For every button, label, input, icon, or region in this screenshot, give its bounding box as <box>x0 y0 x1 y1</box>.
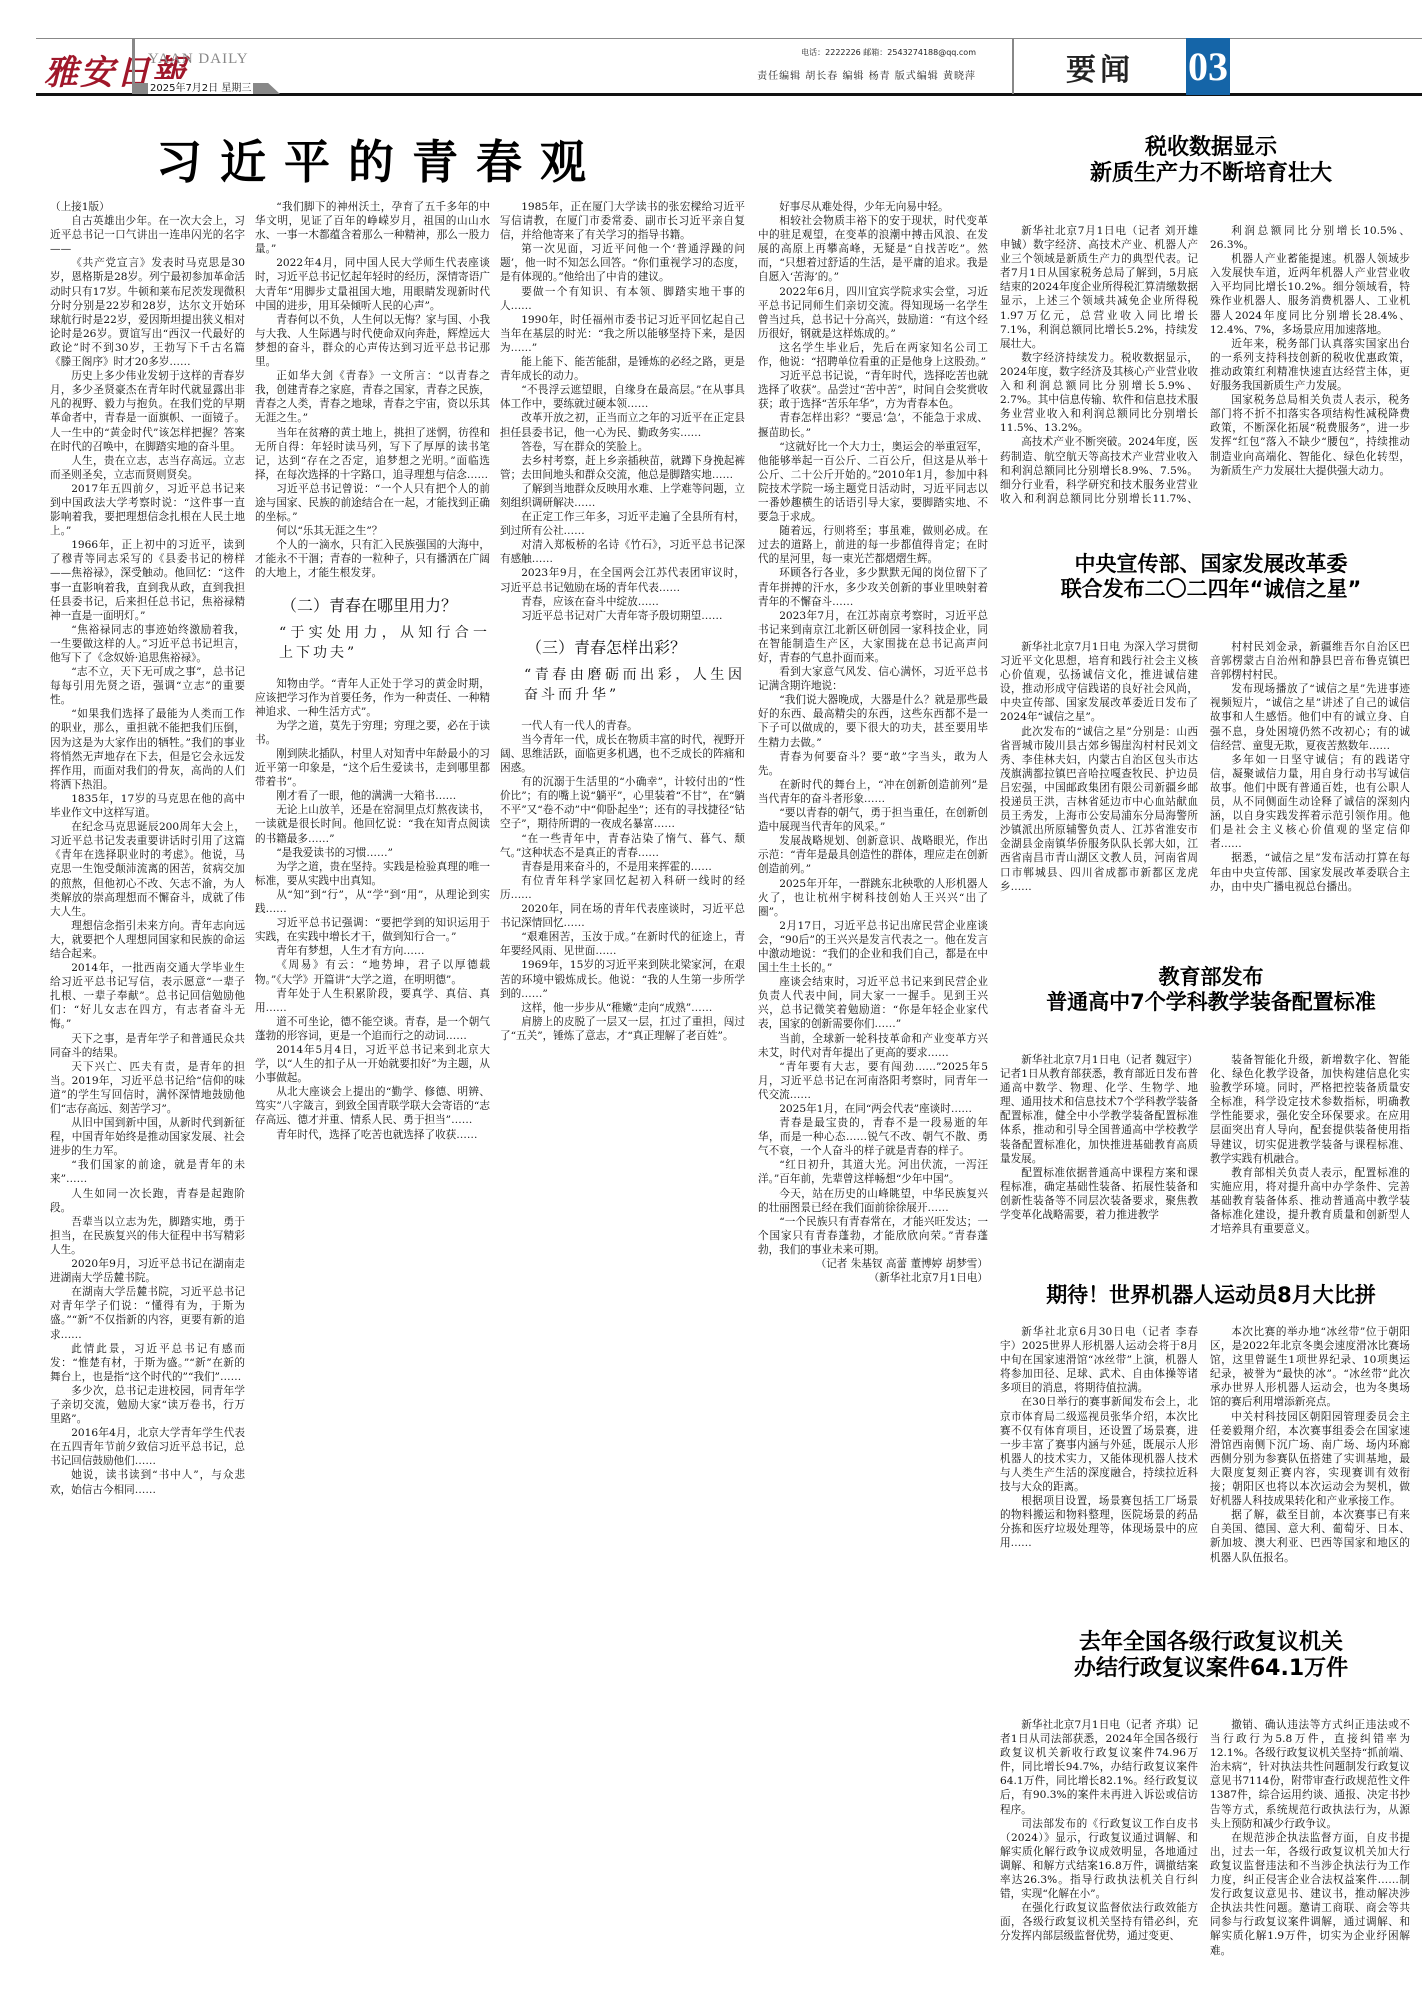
paragraph: 一代人有一代人的青春。 <box>500 719 745 733</box>
paragraph: “我们说大器晚成，大器是什么？就是那些最好的东西、最高精尖的东西，这些东西都不是… <box>758 693 988 749</box>
paragraph: 机器人产业蓄能提速。机器人领域步入发展快车道，近两年机器人产业营业收入平均同比增… <box>1210 252 1410 337</box>
paragraph: 正如华大剑《青春》一文所言：“以青春之我，创建青春之家庭，青春之国家，青春之民族… <box>255 369 490 425</box>
subheading-2: （二）青春在哪里用力？ <box>255 595 490 617</box>
paragraph: 天下之事，是青年学子和普通民众共同奋斗的结果。 <box>50 1032 245 1060</box>
admin-review-article-headline: 去年全国各级行政复议机关 办结行政复议案件64.1万件 <box>1000 1630 1422 1683</box>
paragraph: 能上能下、能苦能甜，是锤炼的必经之路，更是青年成长的动力。 <box>500 355 745 383</box>
paragraph: 这样，他一步步从“稚嫩”走向“成熟”…… <box>500 1001 745 1015</box>
paragraph: “在一些青年中，青春沾染了惰气、暮气、颓气。”这种状态不是真正的青春…… <box>500 832 745 860</box>
page-number: 03 <box>1186 38 1230 95</box>
paragraph: 2017年五四前夕，习近平总书记来到中国政法大学考察时说：“这件事一直影响着我，… <box>50 482 245 538</box>
robots-article-column-1: 新华社北京6月30日电（记者 李春宇）2025世界人形机器人运动会将于8月中旬在… <box>1000 1325 1198 1623</box>
paragraph: 据悉，“诚信之星”发布活动打算在每年由中央宣传部、国家发展改革委联合主办，由中央… <box>1210 851 1410 893</box>
paragraph: 随着远，行则将至；事虽难，做则必成。在过去的道路上，前进的每一步都值得肯定；在时… <box>758 524 988 566</box>
paragraph: 为学之道，莫先于穷理；穷理之要，必在于读书。 <box>255 719 490 747</box>
paragraphs: “我们脚下的神州沃土，孕育了五千多年的中华文明，见证了百年的峥嵘岁月，祖国的山山… <box>255 200 490 581</box>
paragraph: 何以“乐其无涯之生”？ <box>255 524 490 538</box>
paragraph: 1990年，时任福州市委书记习近平回忆起自己当年在基层的时光：“我之所以能够坚持… <box>500 313 745 355</box>
paragraph: 当前，全球新一轮科技革命和产业变革方兴未艾，时代对青年提出了更高的要求…… <box>758 1032 988 1060</box>
paragraph: 新华社北京7月1日电 为深入学习贯彻习近平文化思想，培育和践行社会主义核心价值观… <box>1000 640 1198 725</box>
paragraph: 教育部相关负责人表示，配置标准的实施应用，将对提升高中办学条件、完善基础教育装备… <box>1210 1166 1410 1236</box>
main-article-column-1: （上接1版） 自古英雄出少年。在一次大会上，习近平总书记一口气讲出一连串闪光的名… <box>50 200 245 1990</box>
tax-article-headline: 税收数据显示 新质生产力不断培育壮大 <box>1000 135 1422 188</box>
paragraph: 在湖南大学岳麓书院，习近平总书记对青年学子们说：“懂得有为，于斯为盛。”“新”不… <box>50 1285 245 1341</box>
paragraph: 青春何以不负，人生何以无悔？家与国、小我与大我、人生际遇与时代使命双向奔赴，辉煌… <box>255 313 490 369</box>
paragraph: 为学之道，贵在坚持。实践是检验真理的唯一标准，要从实践中出真知。 <box>255 860 490 888</box>
paragraph: 中关村科技园区朝阳园管理委员会主任姜毅翔介绍，本次赛事组委会在国家速滑馆西南侧下… <box>1210 1410 1410 1509</box>
paragraph: 人生如同一次长跑，青春是起跑阶段。 <box>50 1187 245 1215</box>
paragraph: 这名学生毕业后，先后在两家知名公司工作，他说：“招聘单位看重的正是他身上这股劲。… <box>758 341 988 369</box>
paragraph: 配置标准依据普通高中课程方案和课程标准，确定基础性装备、拓展性装备和创新性装备等… <box>1000 1166 1198 1222</box>
paragraphs: 1985年，正在厦门大学读书的张宏樑给习近平写信请教，在厦门市委常委、副市长习近… <box>500 200 745 623</box>
paragraphs: 一代人有一代人的青春。当今青年一代，成长在物质丰富的时代，视野开阔、思维活跃，面… <box>500 719 745 1043</box>
education-article-column-1: 新华社北京7月1日电（记者 魏冠宇）记者1日从教育部获悉，教育部近日发布普通高中… <box>1000 1053 1198 1258</box>
main-article-column-2: “我们脚下的神州沃土，孕育了五千多年的中华文明，见证了百年的峥嵘岁月，祖国的山山… <box>255 200 490 1990</box>
paragraph: “是我爱读书的习惯……” <box>255 846 490 860</box>
paragraphs: 知物由学。“青年人正处于学习的黄金时期，应该把学习作为首要任务，作为一种责任、一… <box>255 677 490 1142</box>
paragraph: 相较社会物质丰裕下的安于现状，时代变革中的驻足观望，在变革的浪潮中搏击风浪、在发… <box>758 214 988 284</box>
subheading-3: （三）青春怎样出彩？ <box>500 637 745 659</box>
paragraph: 当今青年一代，成长在物质丰富的时代，视野开阔、思维活跃，面临更多机遇，也不乏成长… <box>500 733 745 775</box>
byline: （记者 朱基钗 高蕾 董博婷 胡梦雪） <box>758 1257 988 1271</box>
subheading-3-quote: “青春由磨砺而出彩，人生因奋斗而升华” <box>500 665 745 705</box>
subheading-2-quote: “于实处用力，从知行合一上下功夫” <box>255 623 490 663</box>
paragraph: 青春怎样出彩？“要忌‘急’，不能急于求成、揠苗助长。” <box>758 411 988 439</box>
paragraph: 2025年开年，一群跳东北秧歌的人形机器人火了，也让杭州宇树科技创始人王兴兴“出… <box>758 877 988 919</box>
paragraph: 2014年，一批西南交通大学毕业生给习近平总书记写信，表示愿意“一辈子扎根、一辈… <box>50 961 245 1031</box>
paragraph: “这就好比一个大力士，奥运会的举重冠军，他能够举起一百公斤、二百公斤，但这是从举… <box>758 440 988 525</box>
paragraph: “不畏浮云遮望眼，自缘身在最高层。”在从事具体工作中，要练就过硬本领…… <box>500 383 745 411</box>
main-article-column-3: 1985年，正在厦门大学读书的张宏樑给习近平写信请教，在厦门市委常委、副市长习近… <box>500 200 745 1990</box>
paragraphs: 好事尽从难处得，少年无向易中轻。相较社会物质丰裕下的安于现状，时代变革中的驻足观… <box>758 200 988 1257</box>
paragraph: 自古英雄出少年。在一次大会上，习近平总书记一口气讲出一连串闪光的名字—— <box>50 214 245 256</box>
paragraph: “焦裕禄同志的事迹始终激励着我，一生要做这样的人。”习近平总书记坦言，他写下了《… <box>50 623 245 665</box>
masthead: 雅安日報 YAAN DAILY 2025年7月2日 星期三 电话：2222226… <box>36 38 1422 96</box>
paragraph: 2025年1月，在同“两会代表”座谈时…… <box>758 1102 988 1116</box>
paragraph: 2014年5月4日，习近平总书记来到北京大学，以“人生的扣子从一开始就要扣好”为… <box>255 1043 490 1085</box>
tax-article-column-1: 新华社北京7月1日电（记者 刘开雄 申铖）数字经济、高技术产业、机器人产业三个领… <box>1000 224 1198 504</box>
paragraph: 2016年4月，北京大学青年学生代表在五四青年节前夕致信习近平总书记，总书记回信… <box>50 1426 245 1468</box>
paragraph: 1835年，17岁的马克思在他的高中毕业作文中这样写道。 <box>50 792 245 820</box>
paragraph: 《周易》有云：“地势坤，君子以厚德载物。”《大学》开篇讲“大学之道，在明明德”。 <box>255 958 490 986</box>
continued-note: （上接1版） <box>50 200 245 214</box>
paragraph: “如果我们选择了最能为人类而工作的职业，那么，重担就不能把我们压倒，因为这是为大… <box>50 707 245 792</box>
paragraph: “一个民族只有青春常在，才能兴旺发达；一个国家只有青春蓬勃，才能欣欣向荣。”青春… <box>758 1215 988 1257</box>
paragraphs: 自古英雄出少年。在一次大会上，习近平总书记一口气讲出一连串闪光的名字——《共产党… <box>50 214 245 1497</box>
paragraph: 从北大座谈会上提出的“勤学、修德、明辨、笃实”八字箴言，到致全国青联学联大会寄语… <box>255 1085 490 1127</box>
paragraph: 本次比赛的举办地“冰丝带”位于朝阳区，是2022年北京冬奥会速度滑冰比赛场馆，这… <box>1210 1325 1410 1410</box>
paragraph: 新华社北京7月1日电（记者 刘开雄 申铖）数字经济、高技术产业、机器人产业三个领… <box>1000 224 1198 351</box>
paragraph: 在新时代的舞台上，“冲在创新创造前列”是当代青年的奋斗者形象…… <box>758 778 988 806</box>
section-name: 要闻 <box>1066 45 1134 89</box>
paragraph: 看到大家意气风发、信心满怀，习近平总书记满含期许地说： <box>758 665 988 693</box>
paragraph: 座谈会结束时，习近平总书记来到民营企业负责人代表中间，同大家一一握手。见到王兴兴… <box>758 975 988 1031</box>
paragraph: 利润总额同比分别增长10.5%、26.3%。 <box>1210 224 1410 252</box>
paragraph: 2022年4月，同中国人民大学师生代表座谈时，习近平总书记忆起年轻时的经历，深情… <box>255 256 490 312</box>
paragraph: 高技术产业不断突破。2024年度，医药制造、航空航天等高技术产业营业收入和利润总… <box>1000 435 1198 504</box>
paragraph: 据了解，截至目前，本次赛事已有来自美国、德国、意大利、葡萄牙、日本、新加坡、澳大… <box>1210 1508 1410 1564</box>
paragraph: 在30日举行的赛事新闻发布会上，北京市体育局二级巡视员张华介绍，本次比赛不仅有体… <box>1000 1395 1198 1494</box>
paragraph: 了解到当地群众反映用水难、上学难等问题，立刻组织调研解决…… <box>500 482 745 510</box>
admin-review-article-column-2: 撤销、确认违法等方式纠正违法或不当行政行为5.8万件，直接纠错率为12.1%。各… <box>1210 1718 1410 1988</box>
paragraph: 习近平总书记对广大青年寄予殷切期望…… <box>500 609 745 623</box>
paragraph: 去乡村考察，赶上乡亲插秧苗，就蹲下身挽起裤管；去田间地头和群众交流，他总是脚踏实… <box>500 454 745 482</box>
paragraph: 近年来，税务部门认真落实国家出台的一系列支持科技创新的税收优惠政策，推动政策红利… <box>1210 337 1410 393</box>
integrity-article-headline: 中央宣传部、国家发展改革委 联合发布二〇二四年“诚信之星” <box>1000 552 1422 602</box>
paragraph: 发展战略规划、创新意识、战略眼光，作出示范：“青年是最具创造性的群体，理应走在创… <box>758 834 988 876</box>
paragraph: 在强化行政复议监督依法行政效能方面，各级行政复议机关坚持有错必纠，充分发挥内部层… <box>1000 1901 1198 1943</box>
paragraph: 新华社北京6月30日电（记者 李春宇）2025世界人形机器人运动会将于8月中旬在… <box>1000 1325 1198 1395</box>
paragraph: 撤销、确认违法等方式纠正违法或不当行政行为5.8万件，直接纠错率为12.1%。各… <box>1210 1718 1410 1831</box>
paragraph: “志不立，天下无可成之事”，总书记每每引用先贤之语，强调“立志”的重要性。 <box>50 665 245 707</box>
paragraph: 2023年7月，在江苏南京考察时，习近平总书记来到南京江北新区研创园一家科技企业… <box>758 609 988 665</box>
paragraph: 答卷，写在群众的笑脸上。 <box>500 440 745 454</box>
paragraph: 好事尽从难处得，少年无向易中轻。 <box>758 200 988 214</box>
paragraph: 2023年9月，在全国两会江苏代表团审议时，习近平总书记勉励在场的青年代表…… <box>500 566 745 594</box>
main-article-title: 习近平的青春观 <box>0 126 760 192</box>
paragraph: 新华社北京7月1日电（记者 齐琪）记者1日从司法部获悉，2024年全国各级行政复… <box>1000 1718 1198 1817</box>
paragraph: 2020年9月，习近平总书记在湖南走进湖南大学岳麓书院。 <box>50 1257 245 1285</box>
paragraph: 青春是用来奋斗的，不是用来挥霍的…… <box>500 860 745 874</box>
paragraph: 在纪念马克思诞辰200周年大会上，习近平总书记发表重要讲话时引用了这篇《青年在选… <box>50 820 245 919</box>
paragraph: “我们国家的前途，就是青年的未来”…… <box>50 1158 245 1186</box>
education-article-column-2: 装备智能化升级，新增数字化、智能化、绿色化教学设备，加快构建信息化实验教学环境。… <box>1210 1053 1410 1258</box>
paragraph: 村村民刘金录，新疆维吾尔自治区巴音郭楞蒙古自治州和静县巴音布鲁克镇巴音郭楞村村民… <box>1210 640 1410 682</box>
paragraph: 在正定工作三年多，习近平走遍了全县所有村，到过所有公社…… <box>500 510 745 538</box>
paragraph: 肩膀上的皮脱了一层又一层，扛过了重担，闯过了“五关”，锤炼了意志，才“真正理解了… <box>500 1015 745 1043</box>
paragraph: 刚才看了一眼，他的满满一大箱书…… <box>255 789 490 803</box>
main-article-column-4: 好事尽从难处得，少年无向易中轻。相较社会物质丰裕下的安于现状，时代变革中的驻足观… <box>758 200 988 1990</box>
robots-article-column-2: 本次比赛的举办地“冰丝带”位于朝阳区，是2022年北京冬奥会速度滑冰比赛场馆，这… <box>1210 1325 1410 1623</box>
paragraph: 人生，贵在立志，志当存高远。立志而圣则圣矣，立志而贤则贤矣。 <box>50 454 245 482</box>
paragraph: 知物由学。“青年人正处于学习的黄金时期，应该把学习作为首要任务，作为一种责任、一… <box>255 677 490 719</box>
paragraph: 2020年，同在场的青年代表座谈时，习近平总书记深情回忆…… <box>500 902 745 930</box>
paragraph: 第一次见面，习近平问他一个‘普通浮躁的问题’，他一时不知怎么回答。“你们重视学习… <box>500 242 745 284</box>
paragraph: “要以青春的朝气，勇于担当重任，在创新创造中展现当代青年的风采。” <box>758 806 988 834</box>
paragraph: 在规范涉企执法监督方面，自皮书提出，过去一年，各级行政复议机关加大行政复议监督违… <box>1210 1831 1410 1958</box>
paragraph: “青年要有大志，要有闯劲……”2025年5月，习近平总书记在河南洛阳考察时，同青… <box>758 1060 988 1102</box>
paragraph: 《共产党宣言》发表时马克思是30岁，恩格斯是28岁。列宁最初参加革命活动时只有1… <box>50 256 245 369</box>
paragraph: 要做一个有知识、有本领、脚踏实地干事的人…… <box>500 285 745 313</box>
paragraph: 改革开放之初，正当而立之年的习近平在正定县担任县委书记，他一心为民、勤政务实…… <box>500 411 745 439</box>
paragraph: 青年时代，选择了吃苦也就选择了收获…… <box>255 1128 490 1142</box>
paragraph: 1969年，15岁的习近平来到陕北梁家河，在艰苦的环境中锻炼成长。他说：“我的人… <box>500 958 745 1000</box>
paragraph: 吾辈当以立志为先，脚踏实地，勇于担当，在民族复兴的伟大征程中书写精彩人生。 <box>50 1215 245 1257</box>
paragraph: 青春，应该在奋斗中绽放…… <box>500 595 745 609</box>
paragraph: 她说，读书读到“书中人”，与众悲欢，始信古今相同…… <box>50 1468 245 1496</box>
source-line: （新华社北京7月1日电） <box>758 1271 988 1285</box>
integrity-article-column-1: 新华社北京7月1日电 为深入学习贯彻习近平文化思想，培育和践行社会主义核心价值观… <box>1000 640 1198 940</box>
paragraph: 今天，站在历史的山峰眺望，中华民族复兴的壮丽图景已经在我们面前徐徐展开…… <box>758 1187 988 1215</box>
paragraph: 数字经济持续发力。税收数据显示，2024年度，数字经济及其核心产业营业收入和利润… <box>1000 351 1198 436</box>
paragraph: 青春是最宝贵的，青春不是一段易逝的年华，而是一种心态……锐气不改、朝气不散、勇气… <box>758 1116 988 1158</box>
paragraph: 青年处于人生积累阶段，要真学、真信、真用…… <box>255 987 490 1015</box>
paragraph: 国家税务总局相关负责人表示，税务部门将不折不扣落实各项结构性减税降费政策，不断深… <box>1210 393 1410 478</box>
paragraph: 无论上山放羊，还是在窑洞里点灯熬夜读书，一读就是很长时间。他回忆说：“我在知青点… <box>255 803 490 845</box>
paragraph: 环顾各行各业，多少默默无闻的岗位留下了青年拼搏的汗水，多少攻关创新的事业里映射着… <box>758 566 988 608</box>
paragraph: 新华社北京7月1日电（记者 魏冠宇）记者1日从教育部获悉，教育部近日发布普通高中… <box>1000 1053 1198 1166</box>
paragraph: 从旧中国到新中国，从新时代到新征程，中国青年始终是推动国家发展、社会进步的生力军… <box>50 1116 245 1158</box>
paragraph: 青春为何要奋斗？要“敢”字当头，敢为人先。 <box>758 750 988 778</box>
contact-info: 电话：2222226 邮箱：2543274188@qq.com <box>576 47 976 58</box>
paragraph: 1966年，正上初中的习近平，读到了穆青等同志采写的《县委书记的榜样——焦裕禄》… <box>50 538 245 623</box>
paragraph: 司法部发布的《行政复议工作白皮书（2024）》显示，行政复议通过调解、和解实质化… <box>1000 1817 1198 1902</box>
paragraph: 历史上多少伟业发轫于这样的青春岁月，多少圣贤豪杰在青年时代就显露出非凡的视野、毅… <box>50 369 245 454</box>
paragraph: “我们脚下的神州沃土，孕育了五千多年的中华文明，见证了百年的峥嵘岁月，祖国的山山… <box>255 200 490 256</box>
paragraph: “艰难困苦，玉汝于成。”在新时代的征途上，青年要经风雨、见世面…… <box>500 930 745 958</box>
tax-article-column-2: 利润总额同比分别增长10.5%、26.3%。机器人产业蓄能提速。机器人领域步入发… <box>1210 224 1410 504</box>
paragraph: 当年在贫瘠的黄土地上，挑担了迷惘，彷徨和无所自得：年轻时读马列，写下了厚厚的读书… <box>255 426 490 482</box>
paragraph: 道不可坐论，德不能空谈。青春，是一个朝气蓬勃的形容词，更是一个追而行之的动词…… <box>255 1015 490 1043</box>
paragraph: 习近平总书记强调：“要把学到的知识运用于实践，在实践中增长才干，做到知行合一。” <box>255 916 490 944</box>
paragraph: 对清入郑板桥的名诗《竹石》，习近平总书记深有感触…… <box>500 538 745 566</box>
paragraph: 1985年，正在厦门大学读书的张宏樑给习近平写信请教，在厦门市委常委、副市长习近… <box>500 200 745 242</box>
paragraph: 习近平总书记曾说：“一个人只有把个人的前途与国家、民族的前途结合在一起，才能找到… <box>255 482 490 524</box>
issue-date: 2025年7月2日 星期三 <box>148 79 253 94</box>
paragraph: 理想信念指引未来方向。青年志向远大，就要把个人理想同国家和民族的命运结合起来。 <box>50 919 245 961</box>
paragraph: “红日初升，其道大光。河出伏流，一泻汪洋。”百年前，先辈曾这样畅想“少年中国”。 <box>758 1158 988 1186</box>
paragraph: 此情此景，习近平总书记有感而发：“惟楚有材，于斯为盛。”“新”在新的舞台上，也是… <box>50 1342 245 1384</box>
robots-article-headline: 期待！世界机器人运动员8月大比拼 <box>1000 1283 1422 1308</box>
paragraph: 多少次，总书记走进校园，同青年学子亲切交流，勉励大家“读万卷书，行万里路”。 <box>50 1384 245 1426</box>
paragraph: 从“知”到“行”，从“学”到“用”，从理论到实践…… <box>255 888 490 916</box>
divider <box>1012 39 1014 94</box>
paragraph: 此次发布的“诚信之星”分别是：山西省晋城市陵川县古郊乡锡崖沟村村民刘文秀、李佳林… <box>1000 725 1198 894</box>
paragraph: 装备智能化升级，新增数字化、智能化、绿色化教学设备，加快构建信息化实验教学环境。… <box>1210 1053 1410 1166</box>
paragraph: 有位青年科学家回忆起初入科研一线时的经历…… <box>500 874 745 902</box>
paragraph: 习近平总书记说，“青年时代，选择吃苦也就选择了收获”。品尝过“苦中苦”，时间自会… <box>758 369 988 411</box>
admin-review-article-column-1: 新华社北京7月1日电（记者 齐琪）记者1日从司法部获悉，2024年全国各级行政复… <box>1000 1718 1198 1988</box>
paragraph: 2022年6月，四川宜宾学院求实会堂，习近平总书记同师生们亲切交流。得知现场一名… <box>758 285 988 341</box>
paragraph: 多年如一日坚守诚信；有的践诺守信，凝聚诚信力量，用自身行动书写诚信故事。他们中既… <box>1210 753 1410 852</box>
paragraph: 刚到陕北插队，村里人对知青中年龄最小的习近平第一印象是，“这个后生爱读书，走到哪… <box>255 747 490 789</box>
education-article-headline: 教育部发布 普通高中7个学科教学装备配置标准 <box>1000 965 1422 1015</box>
english-name: YAAN DAILY <box>148 51 249 68</box>
paragraph: 根据项目设置，场景赛包括工厂场景的物料搬运和物料整理，医院场景的药品分拣和医疗垃… <box>1000 1494 1198 1550</box>
paragraph: 青年有梦想，人生才有方向…… <box>255 944 490 958</box>
paragraph: 天下兴亡、匹夫有责，是青年的担当。2019年，习近平总书记给“信仰的味道”的学生… <box>50 1060 245 1116</box>
paragraph: 发布现场播放了“诚信之星”先进事迹视频短片，“诚信之星”讲述了自己的诚信故事和人… <box>1210 682 1410 752</box>
paragraph: 有的沉溺于生活里的“小确幸”，计较付出的“性价比”；有的嘴上说“躺平”，心里装着… <box>500 775 745 831</box>
editors-line: 责任编辑 胡长春 编辑 杨青 版式编辑 黄晓萍 <box>476 67 976 82</box>
integrity-article-column-2: 村村民刘金录，新疆维吾尔自治区巴音郭楞蒙古自治州和静县巴音布鲁克镇巴音郭楞村村民… <box>1210 640 1410 940</box>
paragraph: 2月17日，习近平总书记出席民营企业座谈会，“90后”的王兴兴是发言代表之一。他… <box>758 919 988 975</box>
paragraph: 个人的一滴水，只有汇入民族强国的大海中，才能永不干涸；青春的一粒种子，只有播洒在… <box>255 538 490 580</box>
